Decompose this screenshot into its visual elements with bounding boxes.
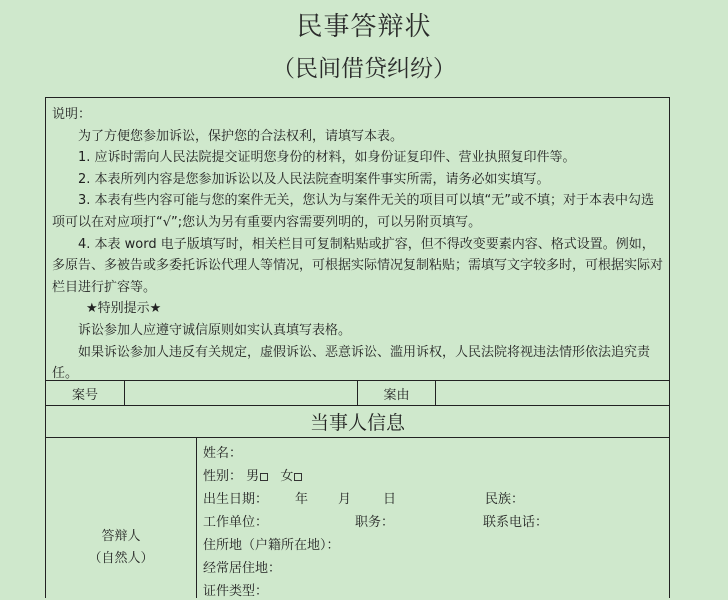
female-checkbox[interactable] [294, 473, 302, 481]
respondent-type: （自然人） [88, 548, 153, 570]
case-info-row: 案号 案由 [46, 381, 669, 406]
domicile-label: 住所地（户籍所在地）： [203, 538, 340, 553]
position-label: 职务： [355, 511, 394, 534]
instruction-paragraph: 1. 应诉时需向人民法院提交证明您身份的材料，如身份证复印件、营业执照复印件等。 [52, 147, 663, 169]
name-label: 姓名： [203, 446, 242, 461]
employment-field[interactable]: 工作单位： 职务： 联系电话： [203, 511, 669, 534]
instruction-paragraph: 如果诉讼参加人违反有关规定，虚假诉讼、恶意诉讼、滥用诉权，人民法院将视违法情形依… [52, 342, 663, 385]
birth-date-field[interactable]: 出生日期： 年 月 日 民族： [203, 488, 669, 511]
form-sheet: 说明： 为了方便您参加诉讼，保护您的合法权利，请填写本表。 1. 应诉时需向人民… [45, 97, 670, 598]
residence-field[interactable]: 经常居住地： [203, 557, 669, 580]
instructions-heading: 说明： [52, 104, 663, 126]
document-title: 民事答辩状 [0, 6, 728, 43]
day-label: 日 [383, 488, 396, 511]
party-info-title: 当事人信息 [46, 406, 669, 438]
employer-label: 工作单位： [203, 511, 268, 534]
instruction-paragraph: 2. 本表所列内容是您参加诉讼以及人民法院查明案件事实所需，请务必如实填写。 [52, 169, 663, 191]
instruction-paragraph: 3. 本表有些内容可能与您的案件无关，您认为与案件无关的项目可以填“无”或不填；… [52, 190, 663, 233]
month-label: 月 [338, 488, 351, 511]
respondent-label-cell: 答辩人 （自然人） [46, 438, 197, 598]
ethnicity-label: 民族： [485, 488, 524, 511]
instructions-block: 说明： 为了方便您参加诉讼，保护您的合法权利，请填写本表。 1. 应诉时需向人民… [46, 98, 669, 381]
respondent-row: 答辩人 （自然人） 姓名： 性别： 男 女 出生日期： 年 月 日 民族： 工作… [46, 438, 669, 598]
female-option-label: 女 [280, 469, 293, 484]
case-cause-label: 案由 [358, 381, 436, 405]
name-field[interactable]: 姓名： [203, 442, 669, 465]
instruction-paragraph: 4. 本表 word 电子版填写时，相关栏目可复制粘贴或扩容，但不得改变要素内容… [52, 234, 663, 299]
instruction-paragraph: 诉讼参加人应遵守诚信原则如实认真填写表格。 [52, 320, 663, 342]
respondent-label: 答辩人 [101, 526, 140, 548]
residence-label: 经常居住地： [203, 561, 281, 576]
respondent-fields: 姓名： 性别： 男 女 出生日期： 年 月 日 民族： 工作单位： 职务： 联系… [197, 438, 669, 598]
instruction-paragraph: 为了方便您参加诉讼，保护您的合法权利，请填写本表。 [52, 126, 663, 148]
case-number-field[interactable] [125, 381, 358, 405]
male-checkbox[interactable] [260, 473, 268, 481]
male-option-label: 男 [246, 469, 259, 484]
year-label: 年 [295, 488, 308, 511]
gender-field: 性别： 男 女 [203, 465, 669, 488]
case-number-label: 案号 [46, 381, 125, 405]
phone-label: 联系电话： [483, 511, 548, 534]
id-type-label: 证件类型： [203, 584, 268, 599]
id-type-field[interactable]: 证件类型： [203, 580, 669, 600]
special-notice-heading: ★特别提示★ [52, 298, 663, 320]
gender-label: 性别： [203, 469, 242, 484]
document-subtitle: （民间借贷纠纷） [0, 50, 728, 83]
case-cause-field[interactable] [436, 381, 669, 405]
birth-date-label: 出生日期： [203, 488, 268, 511]
domicile-field[interactable]: 住所地（户籍所在地）： [203, 534, 669, 557]
